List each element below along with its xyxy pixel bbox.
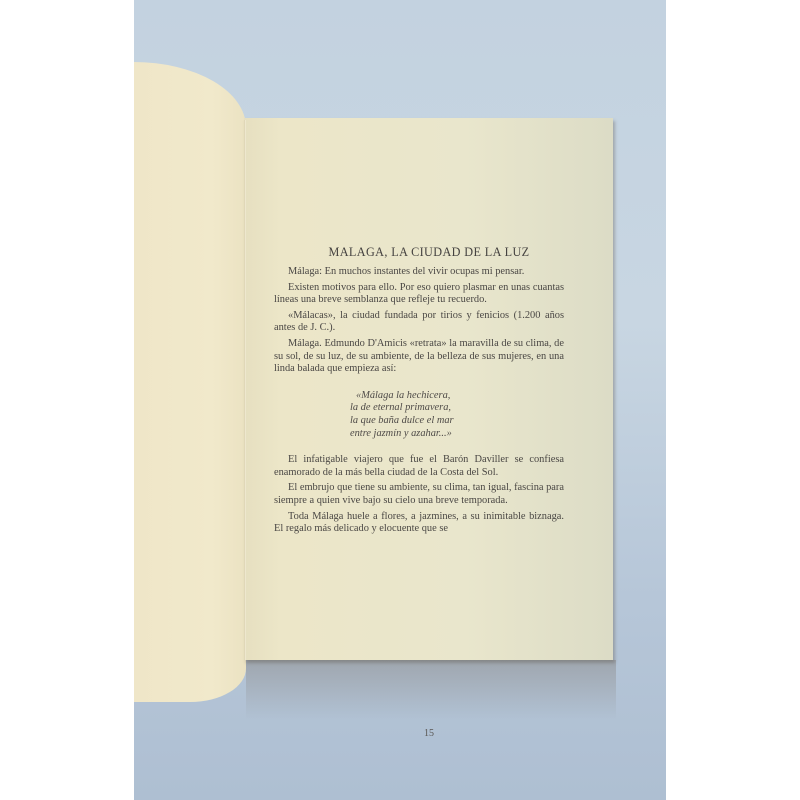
paragraph: Málaga. Edmundo D'Amicis «retrata» la ma… [274, 338, 564, 376]
poem-line: entre jazmín y azahar...» [274, 428, 564, 441]
paragraph: Málaga: En muchos instantes del vivir oc… [274, 266, 564, 279]
left-page [134, 62, 246, 702]
paragraph: Existen motivos para ello. Por eso quier… [274, 282, 564, 307]
poem-line: «Málaga la hechicera, [274, 390, 564, 403]
poem-line: la de eternal primavera, [274, 402, 564, 415]
paragraph: Toda Málaga huele a flores, a jazmines, … [274, 511, 564, 536]
book-photo: MALAGA, LA CIUDAD DE LA LUZ Málaga: En m… [134, 0, 666, 800]
paragraph: El embrujo que tiene su ambiente, su cli… [274, 482, 564, 507]
chapter-title: MALAGA, LA CIUDAD DE LA LUZ [274, 246, 584, 259]
page-text: MALAGA, LA CIUDAD DE LA LUZ Málaga: En m… [274, 266, 564, 539]
paragraph: El infatigable viajero que fue el Barón … [274, 454, 564, 479]
poem-line: la que baña dulce el mar [274, 415, 564, 428]
right-page: MALAGA, LA CIUDAD DE LA LUZ Málaga: En m… [244, 118, 613, 660]
book-shadow [246, 660, 616, 720]
paragraph: «Málacas», la ciudad fundada por tirios … [274, 310, 564, 335]
page-number: 15 [274, 728, 584, 741]
poem-quote: «Málaga la hechicera, la de eternal prim… [274, 390, 564, 440]
book-spine [244, 120, 246, 660]
